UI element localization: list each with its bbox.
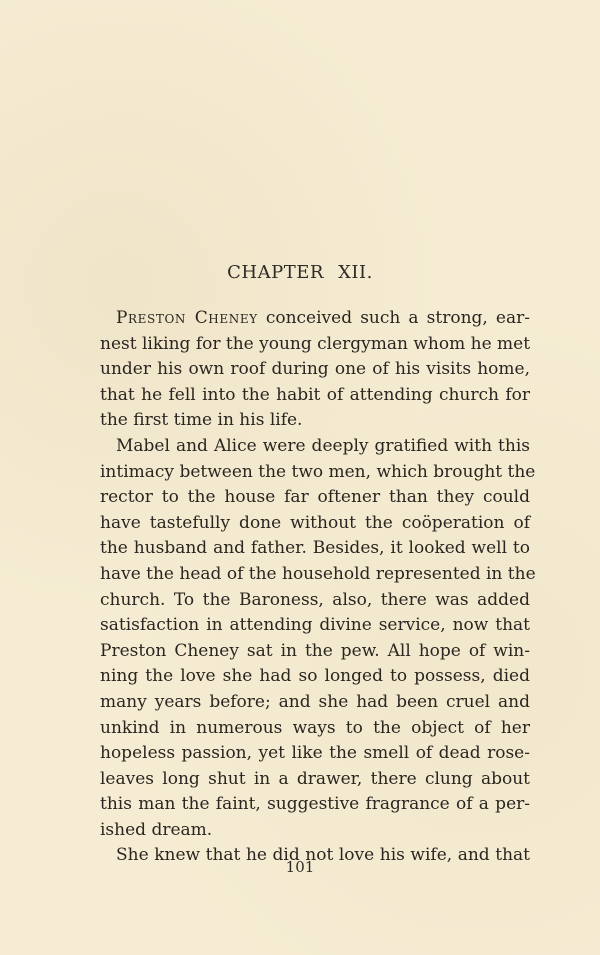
text-line: the first time in his life. xyxy=(100,408,530,434)
paragraph-1: Preston Cheney conceived such a strong, … xyxy=(116,306,530,434)
text-line: Preston Cheney conceived such a strong, … xyxy=(116,306,530,332)
chapter-title: CHAPTER XII. xyxy=(0,262,600,283)
text-line: under his own roof during one of his vis… xyxy=(100,357,530,383)
body-text: Preston Cheney conceived such a strong, … xyxy=(116,306,530,869)
text-line: the husband and father. Besides, it look… xyxy=(100,536,530,562)
text-line: that he fell into the habit of attending… xyxy=(100,383,530,409)
text-line: many years before; and she had been crue… xyxy=(100,690,530,716)
text-line: satisfaction in attending divine service… xyxy=(100,613,530,639)
text-line: Preston Cheney sat in the pew. All hope … xyxy=(100,639,530,665)
lead-small-caps: Preston Cheney xyxy=(116,308,258,328)
text-line: church. To the Baroness, also, there was… xyxy=(100,588,530,614)
text-line: intimacy between the two men, which brou… xyxy=(100,460,530,486)
text-line: nest liking for the young clergyman whom… xyxy=(100,332,530,358)
text-line: rector to the house far oftener than the… xyxy=(100,485,530,511)
text-line: leaves long shut in a drawer, there clun… xyxy=(100,767,530,793)
text-line: this man the faint, suggestive fragrance… xyxy=(100,792,530,818)
text-line: have tastefully done without the coöpera… xyxy=(100,511,530,537)
page-number: 101 xyxy=(0,858,600,876)
paragraph-2: Mabel and Alice were deeply gratified wi… xyxy=(116,434,530,844)
text-line: Mabel and Alice were deeply gratified wi… xyxy=(116,434,530,460)
text-line: ning the love she had so longed to posse… xyxy=(100,664,530,690)
text-line: hopeless passion, yet like the smell of … xyxy=(100,741,530,767)
book-page: CHAPTER XII. Preston Cheney conceived su… xyxy=(0,0,600,955)
text-line: ished dream. xyxy=(100,818,530,844)
text-line: unkind in numerous ways to the object of… xyxy=(100,716,530,742)
text-line: have the head of the household represent… xyxy=(100,562,530,588)
